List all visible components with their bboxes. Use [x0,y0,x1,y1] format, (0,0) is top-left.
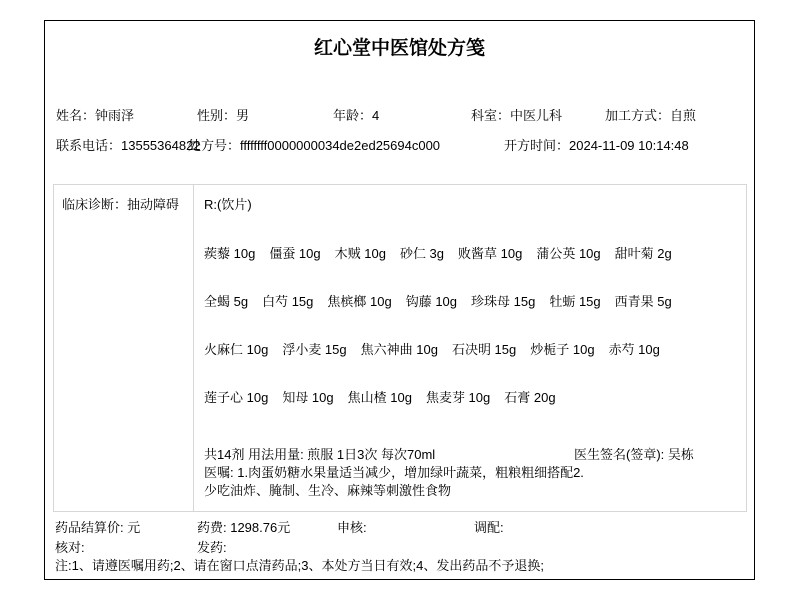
prescription-number: 处方号：ffffffff0000000034de2ed25694c000 [188,138,440,153]
herb-item: 僵蚕 10g [269,246,320,261]
herb-row: 莲子心 10g知母 10g焦山楂 10g焦麦芽 10g石膏 20g [204,390,738,405]
herb-item: 炒栀子 10g [530,342,594,357]
herb-item: 败酱草 10g [458,246,522,261]
herb-item: 甜叶菊 2g [615,246,672,261]
dosage-instructions: 共14剂 用法用量: 煎服 1日3次 每次70ml [204,447,435,462]
patient-age: 年龄：4 [333,108,379,123]
prescription-table: 临床诊断：抽动障碍 R:(饮片) 蒺藜 10g僵蚕 10g木贼 10g砂仁 3g… [53,184,747,512]
herb-item: 石决明 15g [452,342,516,357]
issue-time: 开方时间：2024-11-09 10:14:48 [504,138,689,153]
medicine-fee: 药费: 1298.76元 [197,520,290,535]
prescription-sheet: 红心堂中医馆处方笺 姓名：钟雨泽 性别：男 年龄：4 科室：中医儿科 加工方式：… [44,20,755,580]
dispense-field: 发药: [197,540,227,555]
page-title: 红心堂中医馆处方笺 [45,38,754,60]
herb-row: 火麻仁 10g浮小麦 15g焦六神曲 10g石决明 15g炒栀子 10g赤芍 1… [204,342,738,357]
herb-item: 西青果 5g [615,294,672,309]
review-field: 申核: [337,520,367,535]
herb-item: 焦山楂 10g [348,390,412,405]
herb-item: 砂仁 3g [400,246,444,261]
herb-row: 全蝎 5g白芍 15g焦槟榔 10g钩藤 10g珍珠母 15g牡蛎 15g西青果… [204,294,738,309]
herb-item: 石膏 20g [504,390,555,405]
herb-item: 钩藤 10g [406,294,457,309]
clinical-diagnosis: 临床诊断：抽动障碍 [62,197,179,212]
medical-advice: 医嘱: 1.肉蛋奶糖水果量适当减少，增加绿叶蔬菜，粗粮粗细搭配2. 少吃油炸、腌… [204,464,738,500]
herb-item: 珍珠母 15g [471,294,535,309]
usage-line: 共14剂 用法用量: 煎服 1日3次 每次70ml 医生签名(签章): 吴栋 [204,447,738,462]
patient-gender: 性别：男 [197,108,249,123]
herb-item: 焦麦芽 10g [426,390,490,405]
herb-item: 牡蛎 15g [549,294,600,309]
herb-item: 蒺藜 10g [204,246,255,261]
processing-method: 加工方式：自煎 [605,108,696,123]
herb-row: 蒺藜 10g僵蚕 10g木贼 10g砂仁 3g败酱草 10g蒲公英 10g甜叶菊… [204,246,738,261]
prescription-cell: R:(饮片) 蒺藜 10g僵蚕 10g木贼 10g砂仁 3g败酱草 10g蒲公英… [194,185,746,511]
herb-item: 莲子心 10g [204,390,268,405]
footer-notes: 注:1、请遵医嘱用药;2、请在窗口点清药品;3、本处方当日有效;4、发出药品不予… [55,558,544,573]
dispense-prep-field: 调配: [474,520,504,535]
herb-item: 赤芍 10g [609,342,660,357]
herb-rows: 蒺藜 10g僵蚕 10g木贼 10g砂仁 3g败酱草 10g蒲公英 10g甜叶菊… [204,246,738,405]
herb-item: 白芍 15g [262,294,313,309]
herb-item: 全蝎 5g [204,294,248,309]
herb-item: 木贼 10g [335,246,386,261]
doctor-signature: 医生签名(签章): 吴栋 [574,447,694,462]
herb-item: 火麻仁 10g [204,342,268,357]
advice-line-1: 医嘱: 1.肉蛋奶糖水果量适当减少，增加绿叶蔬菜，粗粮粗细搭配2. [204,464,738,482]
herb-item: 蒲公英 10g [536,246,600,261]
contact-phone: 联系电话：13555364822 [56,138,201,153]
herb-item: 焦槟榔 10g [327,294,391,309]
patient-name: 姓名：钟雨泽 [56,108,134,123]
diagnosis-cell: 临床诊断：抽动障碍 [54,185,194,511]
herb-item: 浮小麦 15g [282,342,346,357]
patient-department: 科室：中医儿科 [471,108,562,123]
advice-line-2: 少吃油炸、腌制、生冷、麻辣等刺激性食物 [204,482,738,500]
herb-item: 焦六神曲 10g [361,342,438,357]
settlement-price: 药品结算价: 元 [55,520,140,535]
check-field: 核对: [55,540,85,555]
herb-item: 知母 10g [282,390,333,405]
rx-header: R:(饮片) [204,197,738,212]
